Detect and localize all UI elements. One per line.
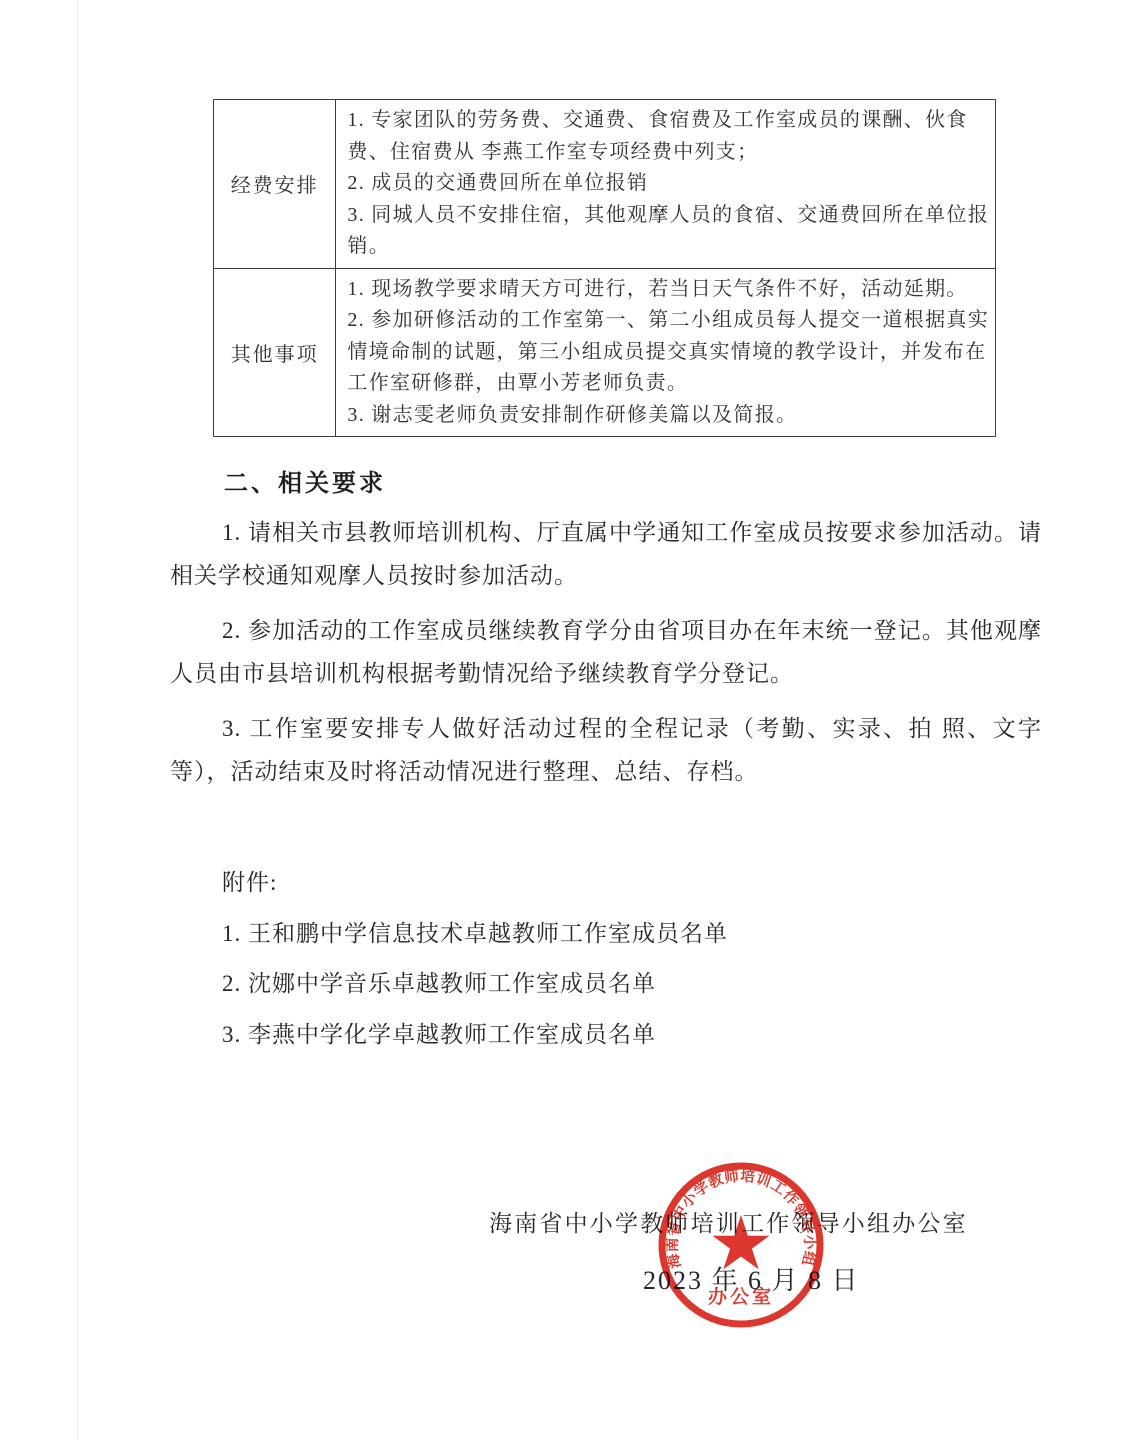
attachment-item: 2. 沈娜中学音乐卓越教师工作室成员名单 bbox=[222, 959, 728, 1010]
attachment-item: 1. 王和鹏中学信息技术卓越教师工作室成员名单 bbox=[222, 909, 728, 960]
table-row-funding: 经费安排 1. 专家团队的劳务费、交通费、食宿费及工作室成员的课酬、伙食 费、住… bbox=[214, 100, 996, 269]
cell-line: 2. 成员的交通费回所在单位报销 bbox=[347, 168, 989, 200]
official-seal: 海南省中小学教师培训工作领导小组 办公室 bbox=[641, 1145, 841, 1345]
cell-line: 费、住宿费从 李燕工作室专项经费中列支； bbox=[347, 137, 989, 169]
table-row-content: 1. 专家团队的劳务费、交通费、食宿费及工作室成员的课酬、伙食 费、住宿费从 李… bbox=[336, 100, 996, 269]
cell-line: 3. 同城人员不安排住宿，其他观摩人员的食宿、交通费回所在单位报 bbox=[347, 200, 989, 232]
section-heading: 二、相关要求 bbox=[224, 463, 386, 498]
info-table: 经费安排 1. 专家团队的劳务费、交通费、食宿费及工作室成员的课酬、伙食 费、住… bbox=[213, 99, 996, 437]
seal-graphic: 海南省中小学教师培训工作领导小组 办公室 bbox=[641, 1145, 841, 1345]
cell-line: 销。 bbox=[347, 231, 989, 263]
table-row-content: 1. 现场教学要求晴天方可进行，若当日天气条件不好，活动延期。 2. 参加研修活… bbox=[336, 268, 996, 437]
page-edge-line bbox=[77, 0, 78, 1439]
body-paragraphs: 1. 请相关市县教师培训机构、厅直属中学通知工作室成员按要求参加活动。请相关学校… bbox=[170, 511, 1042, 805]
paragraph-3: 3. 工作室要安排专人做好活动过程的全程记录（考勤、实录、拍 照、文字等），活动… bbox=[170, 707, 1042, 793]
paragraph-1: 1. 请相关市县教师培训机构、厅直属中学通知工作室成员按要求参加活动。请相关学校… bbox=[170, 511, 1042, 597]
attachment-item: 3. 李燕中学化学卓越教师工作室成员名单 bbox=[222, 1010, 728, 1061]
cell-line: 1. 现场教学要求晴天方可进行，若当日天气条件不好，活动延期。 bbox=[347, 274, 989, 306]
cell-line: 2. 参加研修活动的工作室第一、第二小组成员每人提交一道根据真实 bbox=[347, 305, 989, 337]
table-row-label: 其他事项 bbox=[214, 268, 336, 437]
paragraph-2: 2. 参加活动的工作室成员继续教育学分由省项目办在年末统一登记。其他观摩人员由市… bbox=[170, 609, 1042, 695]
table-row-label: 经费安排 bbox=[214, 100, 336, 269]
document-page: 经费安排 1. 专家团队的劳务费、交通费、食宿费及工作室成员的课酬、伙食 费、住… bbox=[0, 0, 1132, 1439]
cell-line: 工作室研修群，由覃小芳老师负责。 bbox=[347, 368, 989, 400]
table-row-other-matters: 其他事项 1. 现场教学要求晴天方可进行，若当日天气条件不好，活动延期。 2. … bbox=[214, 268, 996, 437]
cell-line: 3. 谢志雯老师负责安排制作研修美篇以及简报。 bbox=[347, 400, 989, 432]
seal-ring bbox=[662, 1166, 820, 1324]
signature-org: 海南省中小学教师培训工作领导小组办公室 bbox=[489, 1205, 968, 1238]
attachments-block: 附件: 1. 王和鹏中学信息技术卓越教师工作室成员名单 2. 沈娜中学音乐卓越教… bbox=[222, 858, 728, 1060]
attachments-label: 附件: bbox=[222, 858, 728, 909]
cell-line: 1. 专家团队的劳务费、交通费、食宿费及工作室成员的课酬、伙食 bbox=[347, 105, 989, 137]
cell-line: 情境命制的试题，第三小组成员提交真实情境的教学设计，并发布在 bbox=[347, 337, 989, 369]
signature-date: 2023 年 6 月 8 日 bbox=[643, 1260, 860, 1297]
